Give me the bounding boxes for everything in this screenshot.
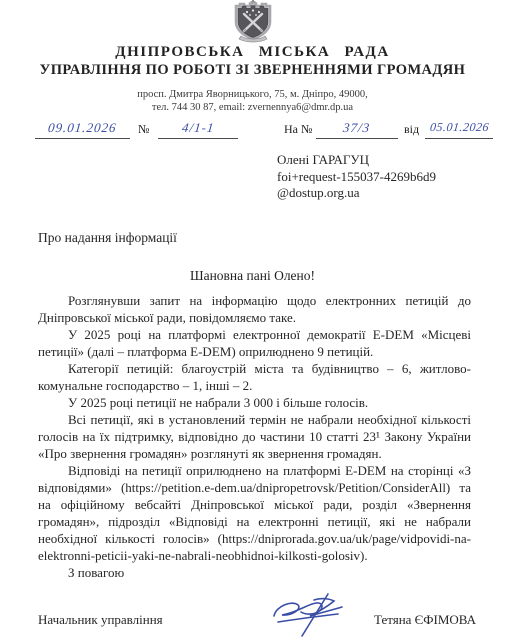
paragraph-1: Розглянувши запит на інформацію щодо еле… (38, 292, 471, 326)
emblem-container (0, 0, 505, 48)
in-reply-to-label: На № (284, 122, 312, 137)
valediction: З повагою (38, 564, 471, 581)
paragraph-3: Категорії петицій: благоустрій міста та … (38, 360, 471, 394)
from-date-label: від (404, 122, 419, 137)
department-name: УПРАВЛІННЯ ПО РОБОТІ ЗІ ЗВЕРНЕННЯМИ ГРОМ… (0, 62, 505, 79)
incoming-number-handwritten: 37/3 (343, 120, 372, 136)
outgoing-date-field: 09.01.2026 (35, 120, 130, 139)
paragraph-6: Відповіді на петиції оприлюднено на плат… (38, 462, 471, 564)
signer-name: Тетяна ЄФІМОВА (374, 612, 476, 628)
signer-position: Начальник управління (38, 612, 163, 628)
reference-line: 09.01.2026 № 4/1-1 На № 37/3 від 05.01.2… (0, 118, 505, 144)
paragraph-4: У 2025 році петиції не набрали 3 000 і б… (38, 394, 471, 411)
letter-document: ДНІПРОВСЬКА МІСЬКА РАДА УПРАВЛІННЯ ПО РО… (0, 0, 505, 640)
address-line-1: просп. Дмитра Яворницького, 75, м. Дніпр… (0, 88, 505, 101)
outgoing-number-handwritten: 4/1-1 (181, 120, 215, 136)
letter-body: Розглянувши запит на інформацію щодо еле… (38, 292, 471, 581)
paragraph-2: У 2025 році на платформі електронної дем… (38, 326, 471, 360)
number-sign-label: № (138, 122, 149, 137)
incoming-number-field: 37/3 (316, 120, 398, 139)
salutation: Шановна пані Олено! (0, 268, 505, 284)
dnipro-coat-of-arms-icon (224, 0, 282, 43)
incoming-date-field: 05.01.2026 (425, 120, 493, 139)
organization-name: ДНІПРОВСЬКА МІСЬКА РАДА (0, 44, 505, 61)
address-line-2: тел. 744 30 87, email: zvernennya6@dmr.d… (0, 101, 505, 114)
outgoing-date-handwritten: 09.01.2026 (47, 120, 117, 136)
handwritten-signature-icon (268, 592, 368, 640)
incoming-date-handwritten: 05.01.2026 (429, 120, 490, 135)
recipient-name: Олені ГАРАГУЦ (277, 152, 436, 169)
subject-line: Про надання інформації (38, 230, 177, 246)
outgoing-number-field: 4/1-1 (158, 120, 238, 139)
recipient-block: Олені ГАРАГУЦ foi+request-155037-4269b6d… (277, 152, 436, 202)
recipient-email-line1: foi+request-155037-4269b6d9 (277, 169, 436, 186)
letterhead-address: просп. Дмитра Яворницького, 75, м. Дніпр… (0, 88, 505, 114)
paragraph-5: Всі петиції, які в установлений термін н… (38, 411, 471, 462)
recipient-email-line2: @dostup.org.ua (277, 185, 436, 202)
